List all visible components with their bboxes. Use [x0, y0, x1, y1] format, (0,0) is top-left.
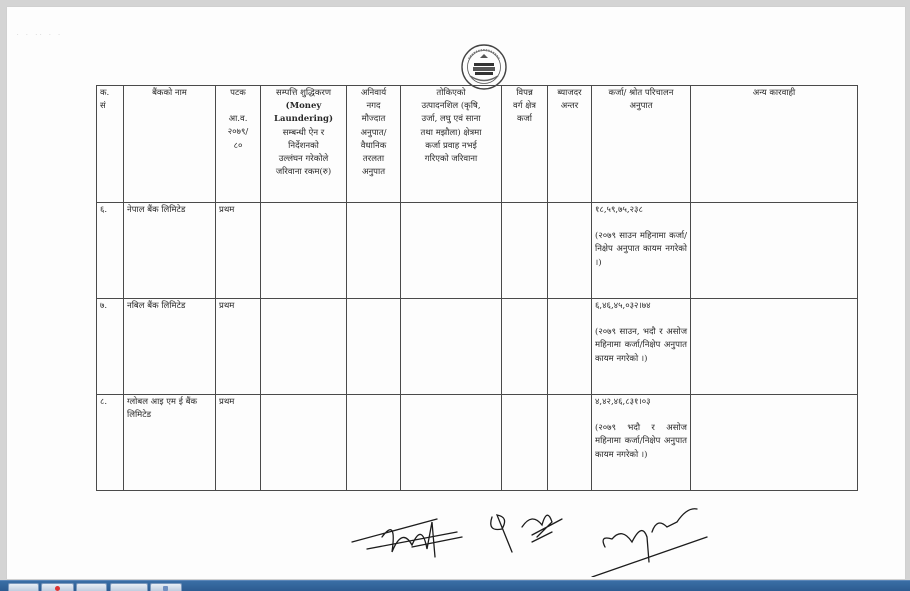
cell-occurrence: प्रथम — [216, 203, 261, 299]
cell-cd-ratio: ६,४६,४५,०३२।७४ (२०७९ साउन, भदौ र असोज मह… — [592, 299, 691, 395]
cd-ratio-note: (२०७९ भदौ र असोज महिनामा कर्जा/निक्षेप अ… — [595, 422, 687, 462]
cd-ratio-amount: ६,४६,४५,०३२।७४ — [595, 300, 687, 313]
table-row: ७. नबिल बैंक लिमिटेड प्रथम ६,४६,४५,०३२।७… — [97, 299, 858, 395]
cell-bank-name: नबिल बैंक लिमिटेड — [124, 299, 216, 395]
signature-icon — [491, 515, 562, 552]
cell-other-action — [691, 395, 858, 491]
cd-ratio-note: (२०७९ साउन महिनामा कर्जा/निक्षेप अनुपात … — [595, 230, 687, 270]
cd-ratio-note: (२०७९ साउन, भदौ र असोज महिनामा कर्जा/निक… — [595, 326, 687, 366]
cell-bank-name: ग्लोबल आइ एम ई बैंक लिमिटेड — [124, 395, 216, 491]
cell-crr-slr — [347, 395, 401, 491]
cell-other-action — [691, 299, 858, 395]
taskbar — [0, 580, 910, 591]
header-crr-slr: अनिवार्य नगद मौज्दात अनुपात/ वैधानिक तरल… — [347, 86, 401, 203]
taskbar-button[interactable] — [41, 583, 74, 591]
cd-ratio-amount: ४,४२,४६,८३१।०३ — [595, 396, 687, 409]
header-serial: क. सं — [97, 86, 124, 203]
cd-ratio-amount: १८,५९,७५,२३८ — [595, 204, 687, 217]
cell-interest-spread — [548, 299, 592, 395]
header-cd-ratio: कर्जा/ श्रोत परिचालन अनुपात — [592, 86, 691, 203]
cell-productive-sector-fine — [401, 395, 502, 491]
signatures — [337, 497, 737, 577]
cell-interest-spread — [548, 395, 592, 491]
cell-interest-spread — [548, 203, 592, 299]
signature-icon — [592, 509, 707, 577]
cell-occurrence: प्रथम — [216, 299, 261, 395]
cell-money-laundering-fine — [261, 395, 347, 491]
cell-other-action — [691, 203, 858, 299]
cell-deprived-sector — [502, 203, 548, 299]
header-productive-sector-fine: तोकिएको उत्पादनशिल (कृषि, उर्जा, लघु एवं… — [401, 86, 502, 203]
cell-money-laundering-fine — [261, 203, 347, 299]
cell-serial: ८. — [97, 395, 124, 491]
signature-icon — [352, 519, 462, 557]
cell-serial: ७. — [97, 299, 124, 395]
cell-crr-slr — [347, 299, 401, 395]
cell-cd-ratio: ४,४२,४६,८३१।०३ (२०७९ भदौ र असोज महिनामा … — [592, 395, 691, 491]
seal-icon — [460, 43, 508, 91]
cell-productive-sector-fine — [401, 299, 502, 395]
scan-artifact: · · ·· · · — [17, 32, 63, 38]
header-deprived-sector: विपन्न वर्ग क्षेत्र कर्जा — [502, 86, 548, 203]
penalty-table: क. सं बैंकको नाम पटक आ.व. २०७९/ ८० सम्पत… — [96, 85, 858, 491]
cell-serial: ६. — [97, 203, 124, 299]
taskbar-button[interactable] — [110, 583, 148, 591]
cell-crr-slr — [347, 203, 401, 299]
header-money-laundering-fine: सम्पत्ति शुद्धिकरण (Money Laundering) सम… — [261, 86, 347, 203]
cell-productive-sector-fine — [401, 203, 502, 299]
cell-occurrence: प्रथम — [216, 395, 261, 491]
header-interest-spread: ब्याजदर अन्तर — [548, 86, 592, 203]
cell-bank-name: नेपाल बैंक लिमिटेड — [124, 203, 216, 299]
taskbar-button[interactable] — [150, 583, 182, 591]
cell-deprived-sector — [502, 395, 548, 491]
table-header-row: क. सं बैंकको नाम पटक आ.व. २०७९/ ८० सम्पत… — [97, 86, 858, 203]
header-occurrence: पटक आ.व. २०७९/ ८० — [216, 86, 261, 203]
cell-money-laundering-fine — [261, 299, 347, 395]
taskbar-button[interactable] — [8, 583, 39, 591]
cell-cd-ratio: १८,५९,७५,२३८ (२०७९ साउन महिनामा कर्जा/नि… — [592, 203, 691, 299]
header-bank-name: बैंकको नाम — [124, 86, 216, 203]
header-other-action: अन्य कारवाही — [691, 86, 858, 203]
cell-deprived-sector — [502, 299, 548, 395]
taskbar-button[interactable] — [76, 583, 107, 591]
table-row: ६. नेपाल बैंक लिमिटेड प्रथम १८,५९,७५,२३८… — [97, 203, 858, 299]
table-row: ८. ग्लोबल आइ एम ई बैंक लिमिटेड प्रथम ४,४… — [97, 395, 858, 491]
document-page: · · ·· · · क. सं बैंकको नाम — [7, 7, 905, 579]
